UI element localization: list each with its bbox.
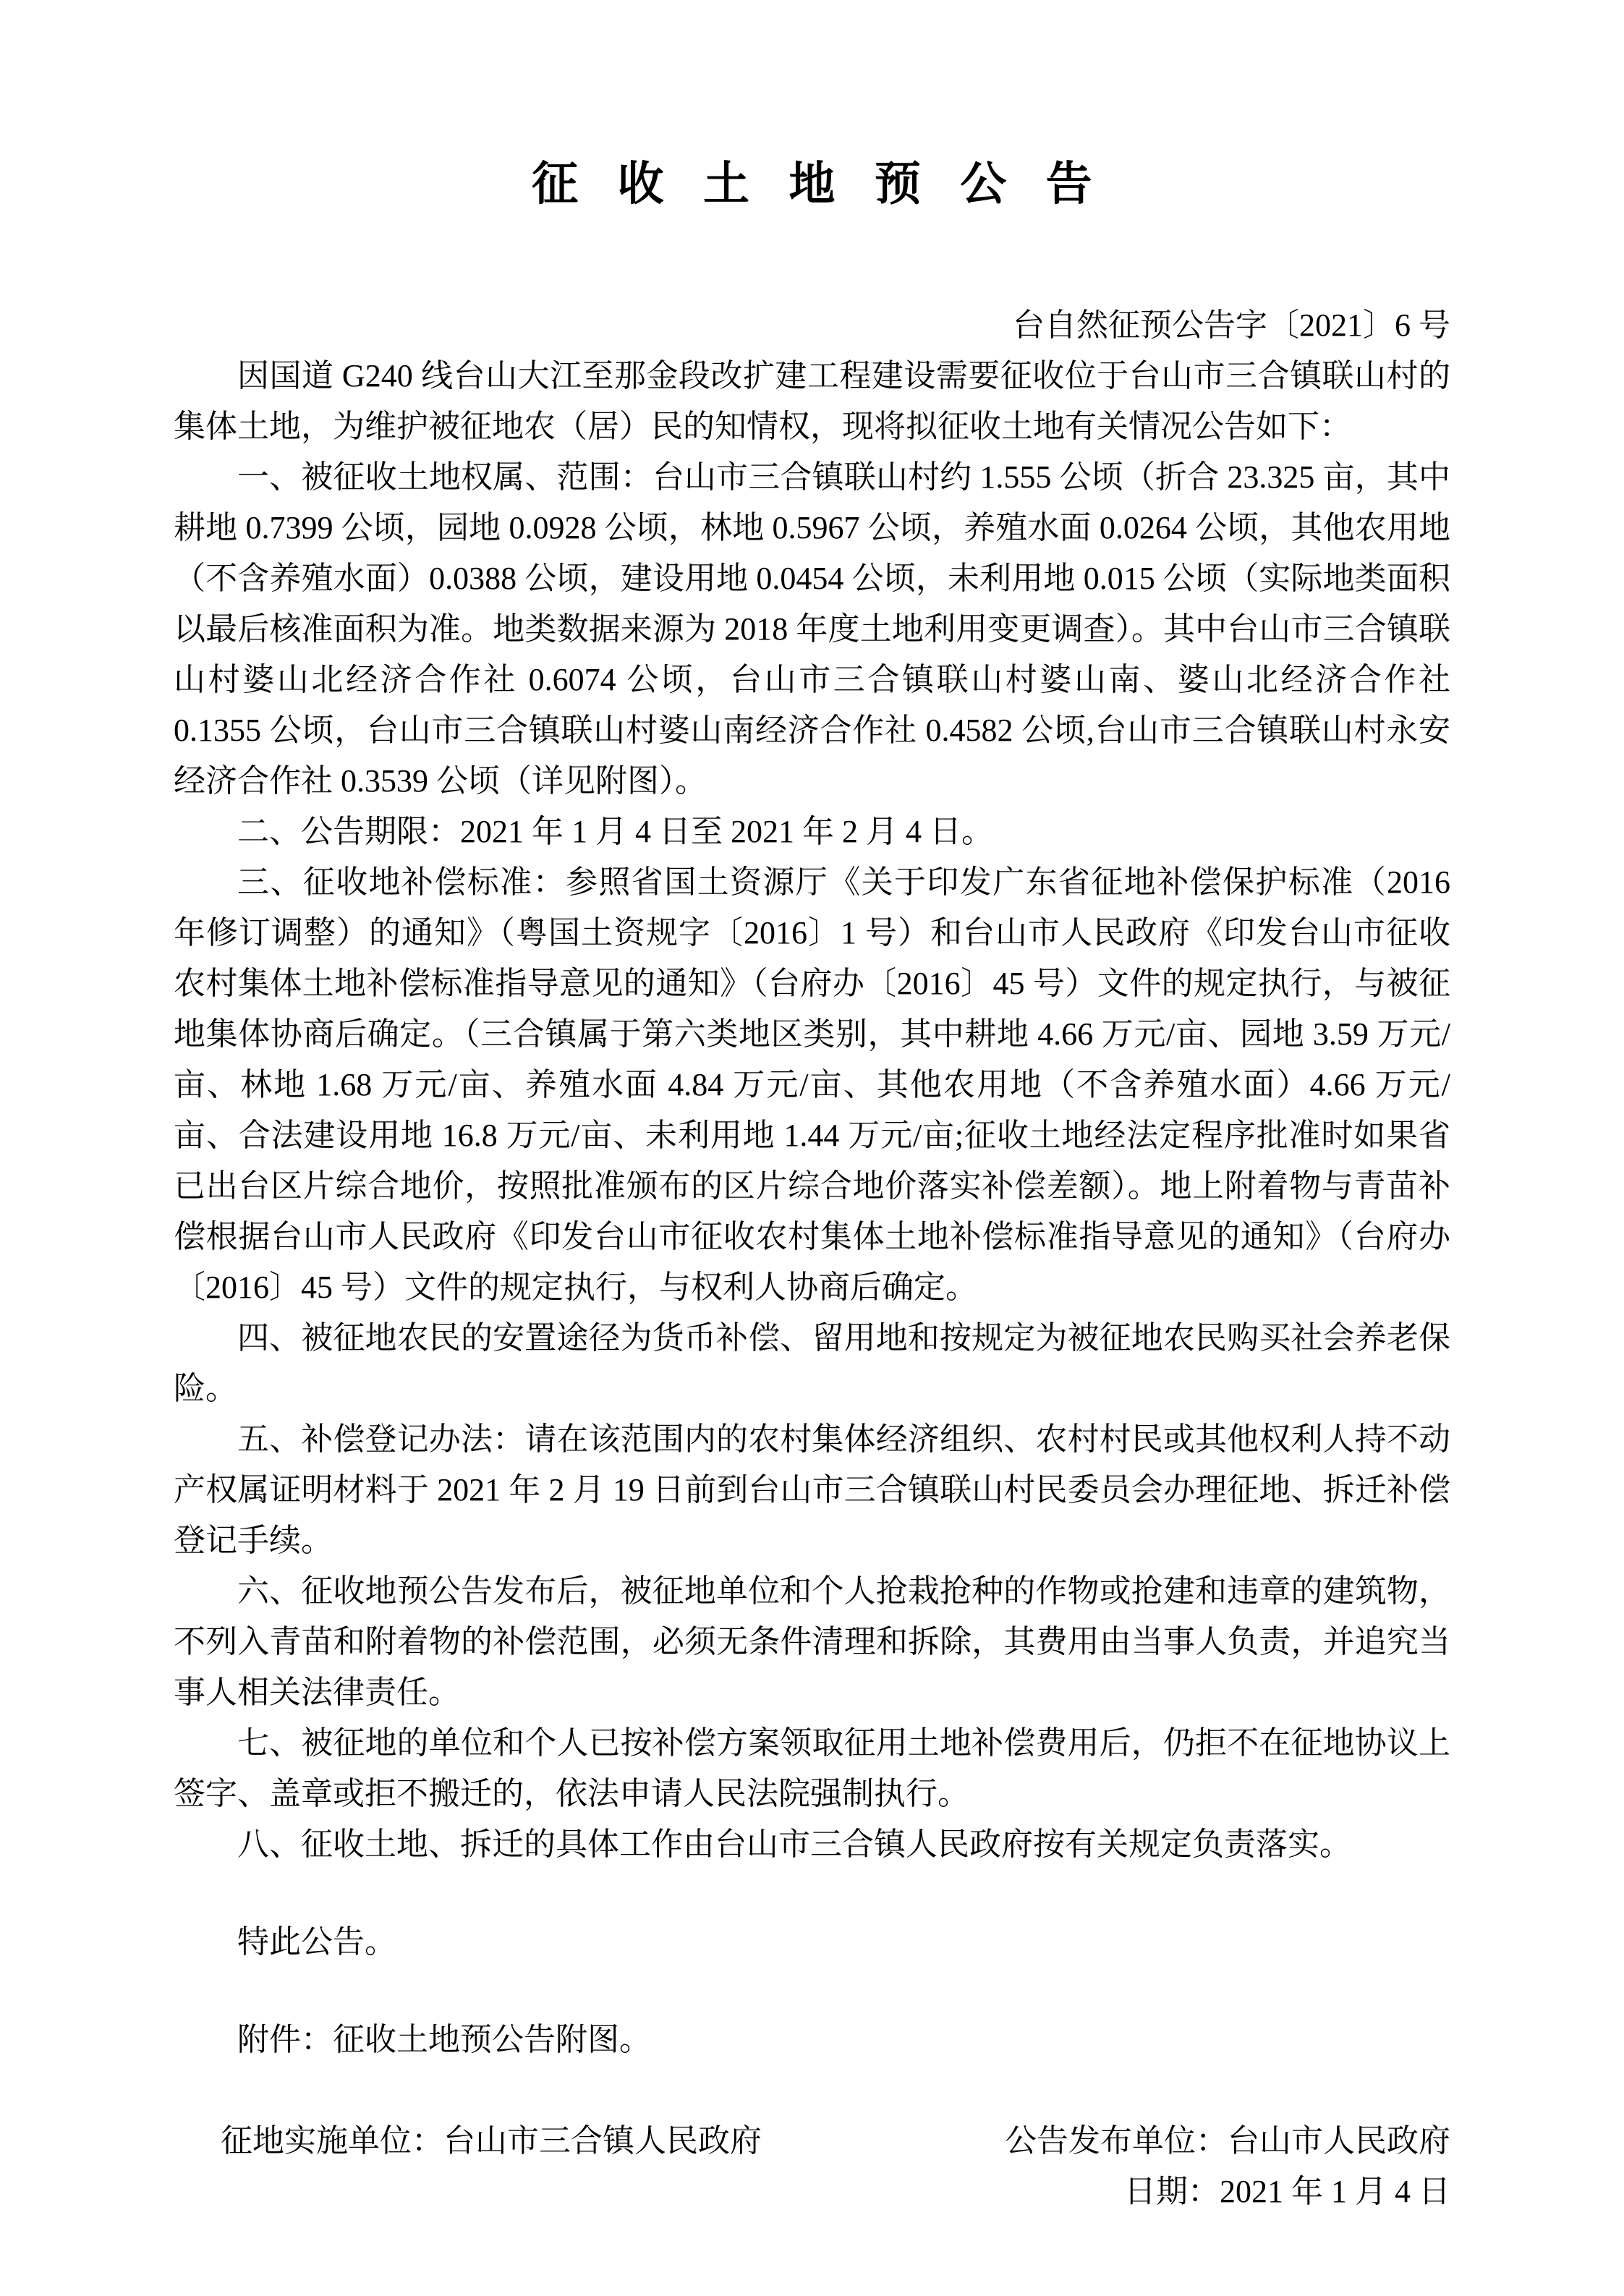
announcement-page: 征收土地预公告 台自然征预公告字〔2021〕6 号 因国道 G240 线台山大江… (0, 0, 1624, 2296)
closing-statement: 特此公告。 (174, 1917, 1450, 1968)
paragraph-item-4: 四、被征地农民的安置途径为货币补偿、留用地和按规定为被征地农民购买社会养老保险。 (174, 1313, 1450, 1414)
paragraph-intro: 因国道 G240 线台山大江至那金段改扩建工程建设需要征收位于台山市三合镇联山村… (174, 351, 1450, 452)
paragraph-item-5: 五、补偿登记办法：请在该范围内的农村集体经济组织、农村村民或其他权利人持不动产权… (174, 1414, 1450, 1566)
paragraph-item-6: 六、征收地预公告发布后，被征地单位和个人抢栽抢种的作物或抢建和违章的建筑物，不列… (174, 1566, 1450, 1718)
issuing-unit: 公告发布单位：台山市人民政府 (1005, 2116, 1450, 2167)
paragraph-item-2: 二、公告期限：2021 年 1 月 4 日至 2021 年 2 月 4 日。 (174, 807, 1450, 857)
document-body: 因国道 G240 线台山大江至那金段改扩建工程建设需要征收位于台山市三合镇联山村… (174, 351, 1450, 2065)
paragraph-item-8: 八、征收土地、拆迁的具体工作由台山市三合镇人民政府按有关规定负责落实。 (174, 1819, 1450, 1870)
issuing-block: 公告发布单位：台山市人民政府 日期：2021 年 1 月 4 日 (1005, 2116, 1450, 2217)
page-title: 征收土地预公告 (174, 156, 1450, 213)
doc-number: 台自然征预公告字〔2021〕6 号 (174, 300, 1450, 351)
issue-date: 日期：2021 年 1 月 4 日 (1005, 2167, 1450, 2217)
paragraph-item-3: 三、征收地补偿标准：参照省国土资源厅《关于印发广东省征地补偿保护标准（2016 … (174, 857, 1450, 1313)
implementing-unit: 征地实施单位：台山市三合镇人民政府 (174, 2116, 762, 2167)
attachment-note: 附件：征收土地预公告附图。 (174, 2015, 1450, 2065)
paragraph-item-1: 一、被征收土地权属、范围：台山市三合镇联山村约 1.555 公顷（折合 23.3… (174, 452, 1450, 807)
document-footer: 征地实施单位：台山市三合镇人民政府 公告发布单位：台山市人民政府 日期：2021… (174, 2116, 1450, 2217)
paragraph-item-7: 七、被征地的单位和个人已按补偿方案领取征用土地补偿费用后，仍拒不在征地协议上签字… (174, 1718, 1450, 1819)
